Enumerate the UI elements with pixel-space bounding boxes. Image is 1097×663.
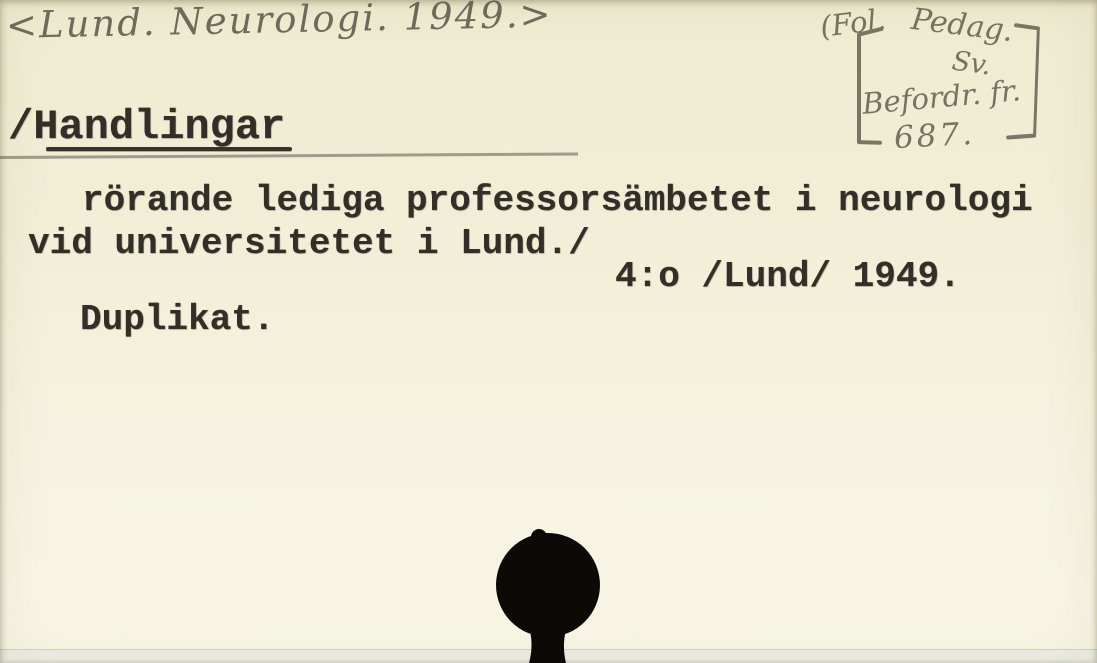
format-note: (Fol. <box>818 2 887 44</box>
body-line-2: vid universitetet i Lund./ <box>28 224 590 264</box>
shelf-number: 687. <box>893 116 976 156</box>
duplicate-note: Duplikat. <box>80 300 274 340</box>
subject-line-1: Pedag. <box>909 2 1015 49</box>
bracket-stroke <box>1014 23 1040 30</box>
punch-hole-icon <box>486 524 616 663</box>
heading-underline <box>46 147 292 151</box>
bracket-stroke <box>857 140 882 144</box>
corner-annotation: (Fol. Pedag. Sv. Befordr. fr. 687. <box>810 0 1090 165</box>
body-line-1: rörande lediga professorsämbetet i neuro… <box>82 181 1033 221</box>
catalog-card: <Lund. Neurologi. 1949.> (Fol. Pedag. Sv… <box>0 0 1097 663</box>
imprint-line: 4:o /Lund/ 1949. <box>615 257 961 297</box>
typed-heading: /Handlingar <box>8 104 285 150</box>
subject-line-3: Befordr. fr. <box>861 73 1022 121</box>
bracket-stroke <box>1006 133 1036 139</box>
bracket-stroke <box>1033 26 1040 136</box>
handwritten-heading: <Lund. Neurologi. 1949.> <box>6 0 553 47</box>
pencil-rule <box>0 152 578 159</box>
